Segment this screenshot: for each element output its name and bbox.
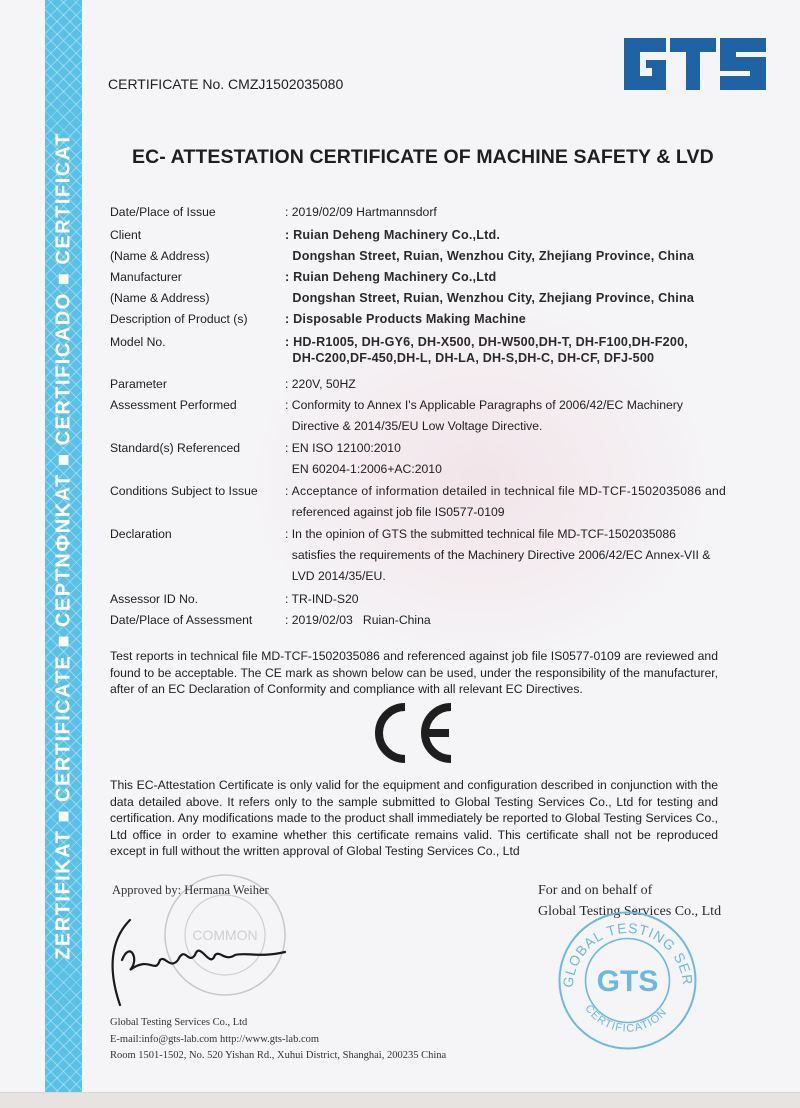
- field-label: Assessment Performed: [110, 398, 280, 412]
- certificate-number: CERTIFICATE No. CMZJ1502035080: [108, 76, 343, 92]
- field-value: : Disposable Products Making Machine: [285, 312, 526, 326]
- review-statement: Test reports in technical file MD-TCF-15…: [110, 648, 718, 698]
- svg-text:CERTIFICATION: CERTIFICATION: [582, 1003, 669, 1035]
- field-label: Client: [110, 228, 280, 242]
- certificate-title: EC- ATTESTATION CERTIFICATE OF MACHINE S…: [132, 146, 714, 169]
- field-label: (Name & Address): [110, 249, 280, 263]
- side-security-band: ZERTIFIKAT ■ CERTIFICATE ■ CEPTNФNKAT ■ …: [45, 0, 82, 1092]
- field-value-cont: Directive & 2014/35/EU Low Voltage Direc…: [285, 419, 542, 433]
- field-value: : Ruian Deheng Machinery Co.,Ltd.: [285, 228, 500, 242]
- field-value-cont: satisfies the requirements of the Machin…: [285, 548, 710, 562]
- gts-logo-icon: [620, 30, 770, 96]
- gts-certification-stamp-icon: GLOBAL TESTING SERVICES CO.,LTD. CERTIFI…: [555, 908, 700, 1053]
- field-label: Manufacturer: [110, 270, 280, 284]
- field-label: Model No.: [110, 335, 280, 349]
- field-value: : TR-IND-S20: [285, 592, 359, 606]
- field-value: : 220V, 50HZ: [285, 377, 356, 391]
- svg-text:GTS: GTS: [597, 965, 659, 998]
- signature-icon: [100, 900, 300, 1010]
- field-value-cont: LVD 2014/35/EU.: [285, 569, 386, 583]
- field-value: : 2019/02/09 Hartmannsdorf: [285, 205, 437, 219]
- field-value-cont: EN 60204-1:2006+AC:2010: [285, 462, 442, 476]
- side-band-text: ZERTIFIKAT ■ CERTIFICATE ■ CEPTNФNKAT ■ …: [52, 0, 75, 1096]
- field-value: : Acceptance of information detailed in …: [285, 484, 726, 498]
- field-label: Conditions Subject to Issue: [110, 484, 280, 498]
- field-label: Date/Place of Assessment: [110, 613, 280, 627]
- field-value: : 2019/02/03 Ruian-China: [285, 613, 431, 627]
- validity-statement: This EC-Attestation Certificate is only …: [110, 777, 718, 860]
- field-value: : In the opinion of GTS the submitted te…: [285, 527, 676, 541]
- field-label: (Name & Address): [110, 291, 280, 305]
- field-value: : HD-R1005, DH-GY6, DH-X500, DH-W500,DH-…: [285, 335, 688, 349]
- field-value: : Conformity to Annex I's Applicable Par…: [285, 398, 683, 412]
- field-label: Description of Product (s): [110, 312, 280, 326]
- ce-mark-icon: [375, 703, 461, 763]
- field-value: : Ruian Deheng Machinery Co.,Ltd: [285, 270, 496, 284]
- field-value-cont: referenced against job file IS0577-0109: [285, 505, 505, 519]
- behalf-line-1: For and on behalf of: [538, 883, 652, 899]
- field-label: Assessor ID No.: [110, 592, 280, 606]
- field-value: Dongshan Street, Ruian, Wenzhou City, Zh…: [285, 249, 694, 263]
- field-value: : EN ISO 12100:2010: [285, 441, 401, 455]
- footer-contact: E-mail:info@gts-lab.com http://www.gts-l…: [110, 1034, 319, 1045]
- field-label: Declaration: [110, 527, 280, 541]
- page-bottom-edge: [0, 1093, 800, 1108]
- field-value: Dongshan Street, Ruian, Wenzhou City, Zh…: [285, 291, 694, 305]
- field-label: Standard(s) Referenced: [110, 441, 280, 455]
- field-label: Parameter: [110, 377, 280, 391]
- footer-company: Global Testing Services Co., Ltd: [110, 1017, 247, 1028]
- field-value-cont: DH-C200,DF-450,DH-L, DH-LA, DH-S,DH-C, D…: [285, 351, 654, 365]
- approved-by: Approved by: Hermana Weiher: [112, 883, 269, 898]
- footer-address: Room 1501-1502, No. 520 Yishan Rd., Xuhu…: [110, 1050, 446, 1061]
- field-label: Date/Place of Issue: [110, 205, 280, 219]
